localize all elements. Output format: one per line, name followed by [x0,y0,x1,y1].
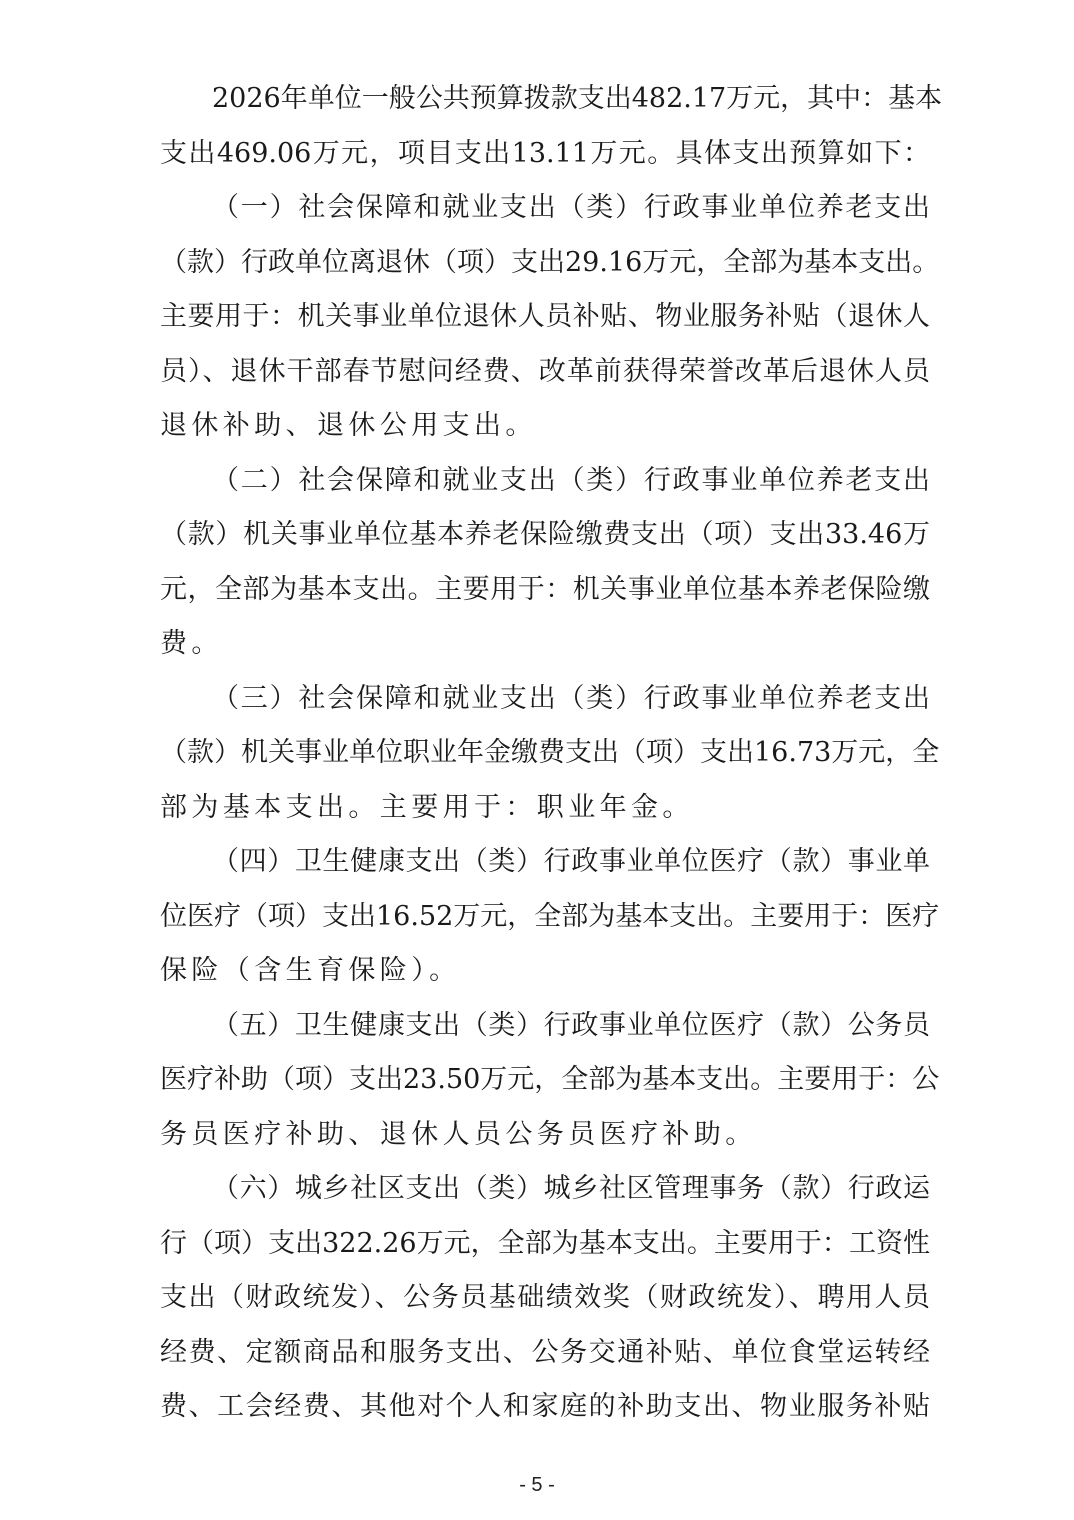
paragraph-item-4: （四）卫生健康支出（类）行政事业单位医疗（款）事业单 位医疗（项）支出16.52… [160,835,930,999]
text-line: 元，全部为基本支出。主要用于：机关事业单位基本养老保险缴 [160,563,930,618]
document-page: 2026年单位一般公共预算拨款支出482.17万元，其中：基本 支出469.06… [160,72,930,1435]
text-line: （款）机关事业单位基本养老保险缴费支出（项）支出33.46万 [160,508,930,563]
text-line: （五）卫生健康支出（类）行政事业单位医疗（款）公务员 [160,999,930,1054]
text-line: 务员医疗补助、退休人员公务员医疗补助。 [160,1108,930,1163]
text-line: （六）城乡社区支出（类）城乡社区管理事务（款）行政运 [160,1162,930,1217]
paragraph-item-5: （五）卫生健康支出（类）行政事业单位医疗（款）公务员 医疗补助（项）支出23.5… [160,999,930,1163]
text-line: （二）社会保障和就业支出（类）行政事业单位养老支出 [160,454,930,509]
paragraph-item-1: （一）社会保障和就业支出（类）行政事业单位养老支出 （款）行政单位离退休（项）支… [160,181,930,454]
text-line: 支出469.06万元，项目支出13.11万元。具体支出预算如下： [160,127,930,182]
text-line: 行（项）支出322.26万元，全部为基本支出。主要用于：工资性 [160,1217,930,1272]
text-line: （款）行政单位离退休（项）支出29.16万元，全部为基本支出。 [160,236,930,291]
text-line: 位医疗（项）支出16.52万元，全部为基本支出。主要用于：医疗 [160,890,930,945]
text-line: 员）、退休干部春节慰问经费、改革前获得荣誉改革后退休人员 [160,345,930,400]
text-line: 费、工会经费、其他对个人和家庭的补助支出、物业服务补贴 [160,1380,930,1435]
text-line: 支出（财政统发）、公务员基础绩效奖（财政统发）、聘用人员 [160,1271,930,1326]
paragraph-item-6: （六）城乡社区支出（类）城乡社区管理事务（款）行政运 行（项）支出322.26万… [160,1162,930,1435]
text-line: （款）机关事业单位职业年金缴费支出（项）支出16.73万元，全 [160,726,930,781]
text-line: （四）卫生健康支出（类）行政事业单位医疗（款）事业单 [160,835,930,890]
text-line: （一）社会保障和就业支出（类）行政事业单位养老支出 [160,181,930,236]
paragraph-item-3: （三）社会保障和就业支出（类）行政事业单位养老支出 （款）机关事业单位职业年金缴… [160,672,930,836]
text-line: 费。 [160,617,930,672]
text-line: 部为基本支出。主要用于：职业年金。 [160,781,930,836]
text-line: （三）社会保障和就业支出（类）行政事业单位养老支出 [160,672,930,727]
text-line: 医疗补助（项）支出23.50万元，全部为基本支出。主要用于：公 [160,1053,930,1108]
paragraph-item-2: （二）社会保障和就业支出（类）行政事业单位养老支出 （款）机关事业单位基本养老保… [160,454,930,672]
text-line: 保险（含生育保险）。 [160,944,930,999]
paragraph-intro: 2026年单位一般公共预算拨款支出482.17万元，其中：基本 支出469.06… [160,72,930,181]
text-line: 主要用于：机关事业单位退休人员补贴、物业服务补贴（退休人 [160,290,930,345]
page-number: - 5 - [0,1474,1074,1497]
text-line: 经费、定额商品和服务支出、公务交通补贴、单位食堂运转经 [160,1326,930,1381]
text-line: 2026年单位一般公共预算拨款支出482.17万元，其中：基本 [160,72,930,127]
text-line: 退休补助、退休公用支出。 [160,399,930,454]
